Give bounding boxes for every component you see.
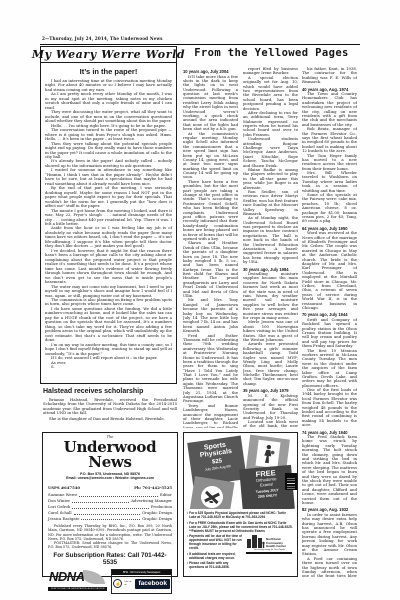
dot-leader — [81, 519, 140, 520]
article-paragraph: Aside from the hour or so I was feeling … — [45, 226, 172, 248]
health-center-name: Northland Community Health Center — [266, 538, 292, 548]
masthead-contact-line: Email: unews@westriv.com • Website: bhgn… — [48, 476, 172, 481]
ndna-leaf-icon — [83, 570, 105, 584]
article-paragraph: By the end of that part of the meeting, … — [45, 186, 172, 208]
yellowed-pages-column-2: report filed by business manager Irene B… — [243, 67, 298, 428]
staff-role: Graphic Design — [142, 516, 172, 522]
article-paragraph: I’m on my way to another meeting, this t… — [45, 343, 172, 356]
article-paragraph: I had an interesting time at the convers… — [45, 79, 172, 92]
publication-paragraph: POSTMASTER: Send address changes to: The… — [48, 541, 172, 549]
story-paragraph: Mrs. Bill Wheeler traveled to Washburn o… — [302, 171, 357, 193]
story-paragraph: The Fred Stadick farm home was struck by… — [302, 435, 357, 505]
ad-bullet: Payments will be due at the time of appo… — [187, 534, 243, 550]
article-paragraph: As I am pretty much every other Monday o… — [45, 92, 172, 110]
story-paragraph: Blaine Radke is among the players select… — [243, 168, 298, 190]
story-paragraph: One of the first loads of 1944 barley br… — [302, 388, 357, 428]
scholarship-headline: Halstead receives scholarship — [43, 388, 177, 395]
photo-card-sticks — [189, 476, 234, 509]
article-paragraph: The water may not come into my basement,… — [45, 285, 172, 298]
editorial-article: It’s in the paper! I had an interesting … — [41, 63, 176, 377]
story-paragraph: M. E. Kjelstrup announced the official o… — [243, 394, 298, 420]
thumbs-up-icon: ☝ — [113, 579, 122, 588]
small-dark-logo — [285, 473, 297, 490]
story-paragraph: Awards were presented following a girls’… — [243, 342, 298, 386]
staff-name: Jessica Eastgate — [48, 516, 79, 522]
story-paragraph: Merle Jensen was one of about 100 Norweg… — [243, 320, 298, 342]
scholarship-paragraph: She is the daughter of Dan and Brenda Ha… — [43, 417, 177, 421]
ndna-wordmark: NDNA — [49, 569, 85, 584]
story-paragraph: Swift and Company of Rockford has opened… — [302, 318, 357, 349]
ad-bullet: If additional tests are required, additi… — [187, 552, 243, 560]
ad-bullet-list: For a $25 Sports Physical Appointment pl… — [184, 509, 297, 571]
story-paragraph: Mr. and Mrs. Tony Kamjed of Jamestown be… — [183, 298, 238, 333]
ad-bullet: For a FREE Orthodontic Exam with Dr. Dan… — [187, 521, 294, 533]
article-paragraph: I waited for someone in attendance to sa… — [45, 168, 172, 186]
ndna-bar: NORTH DAKOTA NEWSPAPER ASSOCIATION — [48, 587, 107, 592]
phone-number: Ph: 701-442-5525 — [134, 485, 172, 490]
ad-bullet: Please call Sadie with any questions at … — [187, 561, 243, 569]
story-paragraph: A Ford car containing three men turned o… — [302, 557, 357, 577]
story-paragraph: The Town and Country Homemakers Club has… — [302, 92, 357, 127]
story-paragraph: At the commission’s regular meeting Mond… — [183, 132, 238, 180]
story-paragraph: Fred and Esther Thomsen will be celebrat… — [183, 334, 238, 404]
like-us-label: Like us on — [124, 581, 133, 586]
story-paragraph: It’ll take more than a few shots in the … — [183, 75, 238, 132]
publication-info: Published every Thursday by BHG, Inc., P… — [48, 524, 172, 548]
masthead-address: P.O. Box 575, Underwood, ND 58576 Email:… — [48, 472, 172, 481]
top-rule — [40, 44, 360, 45]
yellowed-pages-column-1: 10 years ago, July 2004It’ll take more t… — [183, 67, 238, 428]
scholarship-body: Brianne Halstead, Riverdale, received th… — [43, 398, 177, 422]
masthead-usps-row: USPS #647540 Ph: 701-442-5525 — [48, 485, 172, 490]
article-paragraph: S. — [45, 365, 172, 369]
article-paragraph: I’ve decided, however, that it might be … — [45, 249, 172, 285]
story-paragraph: The Tom Heger family has moved to a new … — [302, 154, 357, 172]
crossed-sticks-icon — [199, 484, 224, 509]
ad-collage: Sports Physicals $25 July 25th-Aug 9th F… — [184, 433, 297, 509]
story-paragraph: In order to assist farmers who may desir… — [302, 513, 357, 557]
story-paragraph: Underwood students attending Bonjour Cha… — [243, 137, 298, 168]
dot-leader — [79, 496, 158, 497]
yellowed-pages-headline: From the Yellowed Pages — [183, 47, 360, 59]
story-paragraph: his father, Knut, in 1938. The contracto… — [302, 67, 357, 85]
ad-bullets-bottom: Payments will be due at the time of appo… — [187, 534, 294, 571]
health-center-bar — [246, 552, 292, 555]
ad-bullets-top: For a $25 Sports Physical Appointment pl… — [187, 511, 294, 533]
story-paragraph: Dwindling moisture supplies became the m… — [243, 272, 298, 320]
ndna-logo: NDNA NORTH DAKOTA NEWSPAPER ASSOCIATION — [48, 569, 107, 594]
health-center-logo: Northland Community Health Center Your f… — [245, 534, 294, 571]
story-paragraph: There have been a few grumbles, but for … — [183, 180, 238, 241]
story-paragraph: As of Monday night, the Underwood School… — [243, 216, 298, 264]
story-paragraph: Shawn and Heather Dziuk of Glen Ullin, b… — [183, 241, 238, 298]
subscription-line: For Subscription Rates: Call 701-442-553… — [48, 552, 172, 566]
story-paragraph: Word was received at the News office of … — [302, 231, 357, 310]
article-headline: It’s in the paper! — [45, 67, 172, 76]
story-paragraph: Ron Seidler, son of veteran race driver … — [243, 190, 298, 216]
masthead-box: The Underwood News P.O. Box 575, Underwo… — [42, 432, 178, 577]
editorial-column-box: My Weary Werre World It’s in the paper! … — [40, 46, 177, 384]
article-paragraph: The conversation turned to the route of … — [45, 128, 172, 141]
column-title: My Weary Werre World — [41, 47, 176, 63]
dot-leader — [74, 514, 141, 515]
facebook-box-body: ☝ Like us on facebook — [112, 575, 171, 593]
article-body: I had an interesting time at the convers… — [45, 79, 172, 369]
basketball-player-icon — [255, 440, 280, 468]
facebook-box: BHG : ND Community Newspapers ☝ Like us … — [111, 569, 172, 594]
dot-leader — [72, 508, 149, 509]
story-paragraph: The first 10 Mexican workers arrived in … — [302, 349, 357, 389]
publication-paragraph: Published every Thursday by BHG, Inc., P… — [48, 524, 172, 540]
story-paragraph: A special election originally set for Au… — [243, 76, 298, 111]
ad-bullet: For a $25 Sports Physical Appointment pl… — [187, 511, 294, 519]
health-center-ad: Sports Physicals $25 July 25th-Aug 9th F… — [183, 432, 298, 577]
story-paragraph: Terry and Bonnie Landsberger, Hazen, ann… — [183, 404, 238, 428]
article-paragraph: They were discussing the water project, … — [45, 110, 172, 123]
usps-number: USPS #647540 — [48, 485, 80, 490]
staff-list: Suzanne Werre Editor Don Winter Advertis… — [48, 492, 172, 521]
masthead-logos: NDNA NORTH DAKOTA NEWSPAPER ASSOCIATION … — [48, 569, 172, 594]
dot-leader — [72, 502, 129, 503]
article-paragraph: I do have some questions about the fundi… — [45, 307, 172, 343]
story-paragraph: Some of the specials at the Fairway were… — [302, 193, 357, 224]
story-paragraph: Located one block west of the old bank, … — [243, 420, 298, 428]
story-paragraph: After declining to run for an additional… — [243, 111, 298, 137]
health-center-tagline: Your family caring for Your Family! — [254, 549, 286, 552]
folio-line: 2—Thursday, July 24, 2014, The Underwood… — [42, 36, 163, 41]
story-paragraph: Bob Beatz, manager of the Farmers Elevat… — [302, 127, 357, 153]
scholarship-paragraph: Brianne Halstead, Riverdale, received th… — [43, 398, 177, 416]
article-paragraph: The minute I got home from the meeting I… — [45, 209, 172, 227]
facebook-logo: facebook — [135, 579, 170, 589]
article-paragraph: Then they were talking about the potenti… — [45, 142, 172, 160]
staff-row: Jessica Eastgate Graphic Design — [48, 516, 172, 522]
newspaper-page: 2—Thursday, July 24, 2014, The Underwood… — [0, 0, 400, 600]
yellowed-pages-column-3: his father, Knut, in 1938. The contracto… — [302, 67, 357, 577]
buildings-icon — [247, 534, 265, 548]
ad-bullets-side: Payments will be due at the time of appo… — [187, 534, 243, 571]
masthead-title: Underwood News — [48, 440, 172, 470]
